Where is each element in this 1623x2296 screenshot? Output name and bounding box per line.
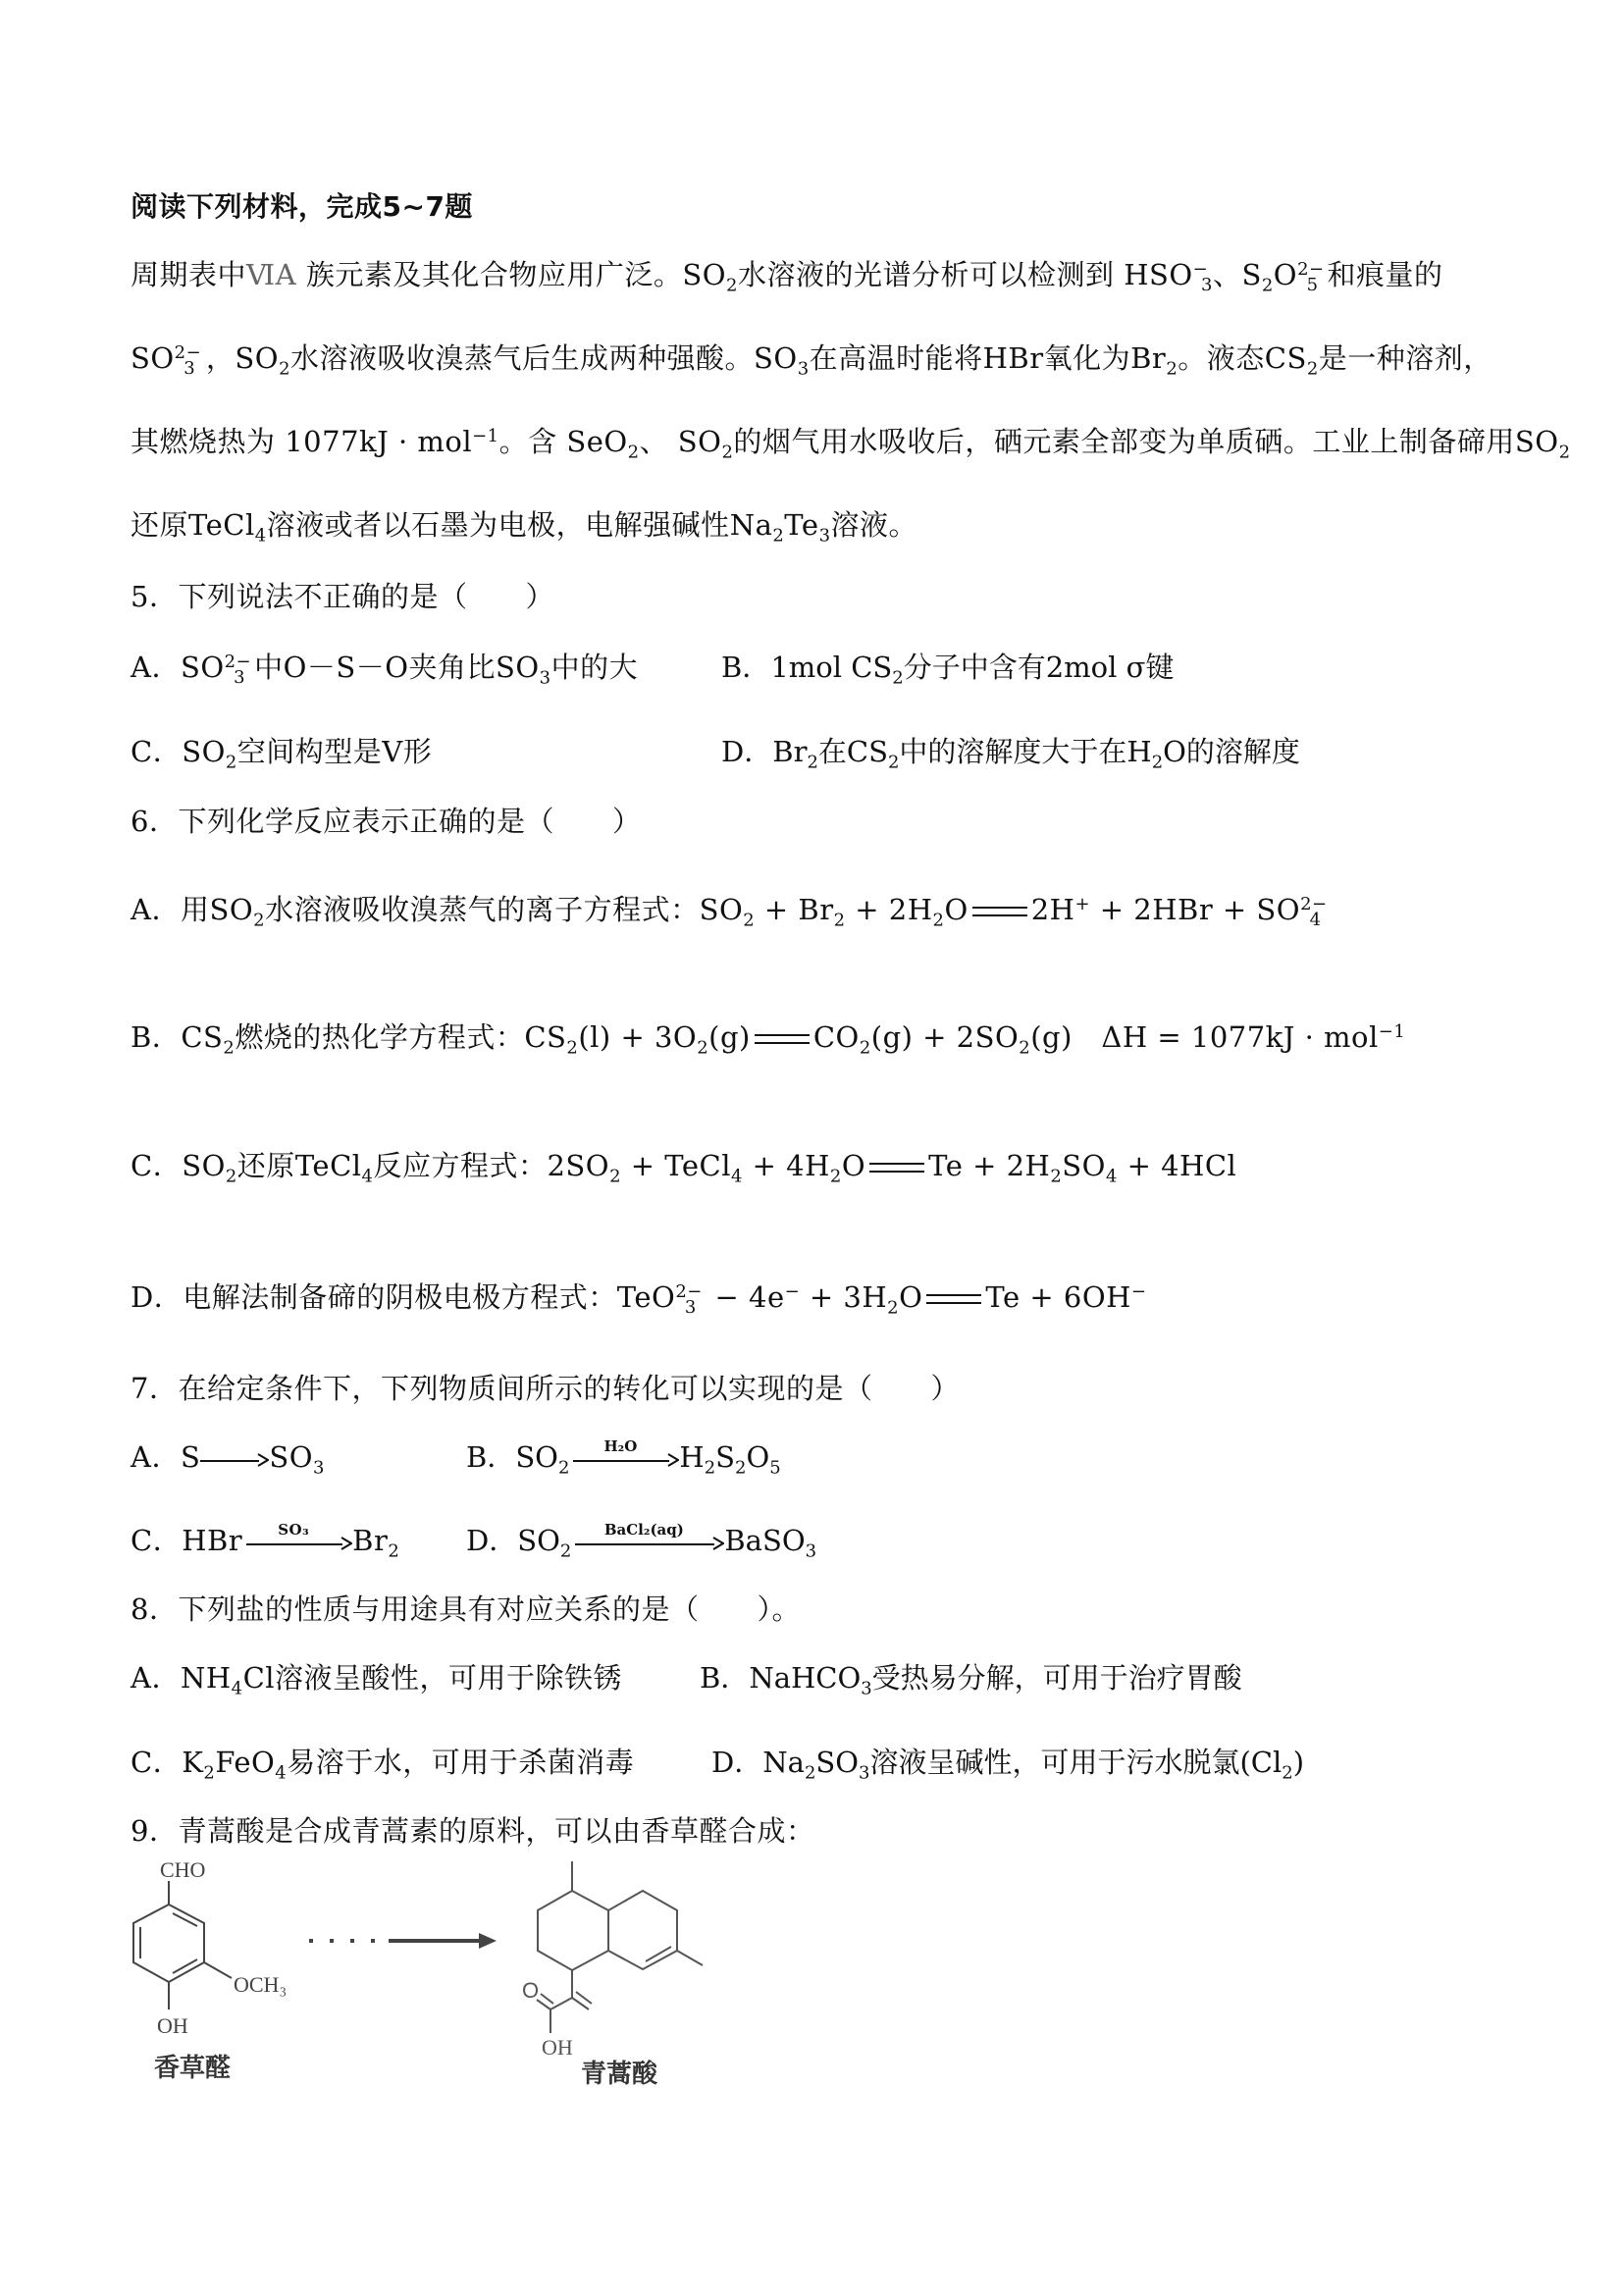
question-5-option-b: B．1mol CS2分子中含有2mol σ键: [721, 650, 1174, 685]
question-6-option-a: A．用SO2水溶液吸收溴蒸气的离子方程式：SO2 + Br2 + 2H2O2H+…: [131, 892, 1331, 927]
och3-label: OCH₃: [234, 1972, 287, 1997]
question-5-option-a: A．SO2−3中O－S－O夹角比SO3中的大: [131, 650, 638, 685]
material-paragraph-line-2: SO2−3，SO2水溶液吸收溴蒸气后生成两种强酸。SO3在高温时能将HBr氧化为…: [131, 340, 1492, 376]
question-7-option-c: C．HBrSO₃Br2: [131, 1523, 399, 1558]
question-5-option-d: D．Br2在CS2中的溶解度大于在H2O的溶解度: [721, 734, 1300, 769]
question-8-option-b: B．NaHCO3受热易分解，可用于治疗胃酸: [700, 1660, 1242, 1696]
question-8-option-d: D．Na2SO3溶液呈碱性，可用于污水脱氯(Cl2): [711, 1745, 1304, 1780]
question-7-option-d: D．SO2BaCl₂(aq)BaSO3: [466, 1523, 816, 1558]
synthesis-arrow: [309, 1933, 497, 1949]
material-paragraph-line-4: 还原TeCl4溶液或者以石墨为电极，电解强碱性Na2Te3溶液。: [131, 507, 917, 543]
equals-sign: [869, 1163, 924, 1173]
vanillin-name: 香草醛: [154, 2054, 231, 2083]
material-paragraph-line-3: 其燃烧热为 1077kJ · mol−1。含 SeO2、 SO2的烟气用水吸收后…: [131, 424, 1571, 459]
reaction-arrow: SO₃: [246, 1528, 352, 1557]
reaction-arrow: H₂O: [573, 1444, 679, 1474]
equals-sign: [926, 1294, 981, 1304]
question-5-option-c: C．SO2空间构型是V形: [131, 734, 432, 769]
question-8-option-a: A．NH4Cl溶液呈酸性，可用于除铁锈: [131, 1660, 622, 1696]
question-6-option-c: C．SO2还原TeCl4反应方程式：2SO2 + TeCl4 + 4H2OTe …: [131, 1148, 1236, 1183]
oh-label: OH: [157, 2013, 188, 2038]
question-7-option-b: B．SO2H₂OH2S2O5: [466, 1439, 781, 1475]
question-6-option-d: D．电解法制备碲的阴极电极方程式：TeO2−3 − 4e− + 3H2OTe +…: [131, 1279, 1146, 1315]
material-paragraph-line-1: 周期表中ⅥA 族元素及其化合物应用广泛。SO2水溶液的光谱分析可以检测到 HSO…: [131, 257, 1443, 292]
question-7-option-a: A．SSO3: [131, 1439, 325, 1475]
question-8-stem: 8．下列盐的性质与用途具有对应关系的是（ ）。: [131, 1592, 801, 1627]
carbonyl-o-label: O: [522, 1978, 539, 2003]
reaction-arrow: [200, 1444, 269, 1474]
question-8-option-c: C．K2FeO4易溶于水，可用于杀菌消毒: [131, 1745, 634, 1780]
equals-sign: [972, 907, 1027, 916]
material-title: 阅读下列材料，完成5~7题: [131, 189, 473, 225]
reaction-arrow: BaCl₂(aq): [575, 1528, 724, 1557]
artemisinic-acid-name: 青蒿酸: [581, 2059, 658, 2089]
question-9-stem: 9．青蒿酸是合成青蒿素的原料，可以由香草醛合成：: [131, 1813, 814, 1849]
cho-label: CHO: [160, 1857, 205, 1882]
equals-sign: [755, 1034, 810, 1044]
vanillin-structure: [133, 1881, 232, 2009]
question-5-stem: 5．下列说法不正确的是（ ）: [131, 579, 554, 614]
artemisinic-acid-structure: [537, 1861, 703, 2033]
acid-oh-label: OH: [542, 2035, 573, 2060]
question-7-stem: 7．在给定条件下，下列物质间所示的转化可以实现的是（ ）: [131, 1371, 960, 1406]
question-6-option-b: B．CS2燃烧的热化学方程式：CS2(l) + 3O2(g)CO2(g) + 2…: [131, 1019, 1405, 1055]
question-6-stem: 6．下列化学反应表示正确的是（ ）: [131, 804, 641, 839]
